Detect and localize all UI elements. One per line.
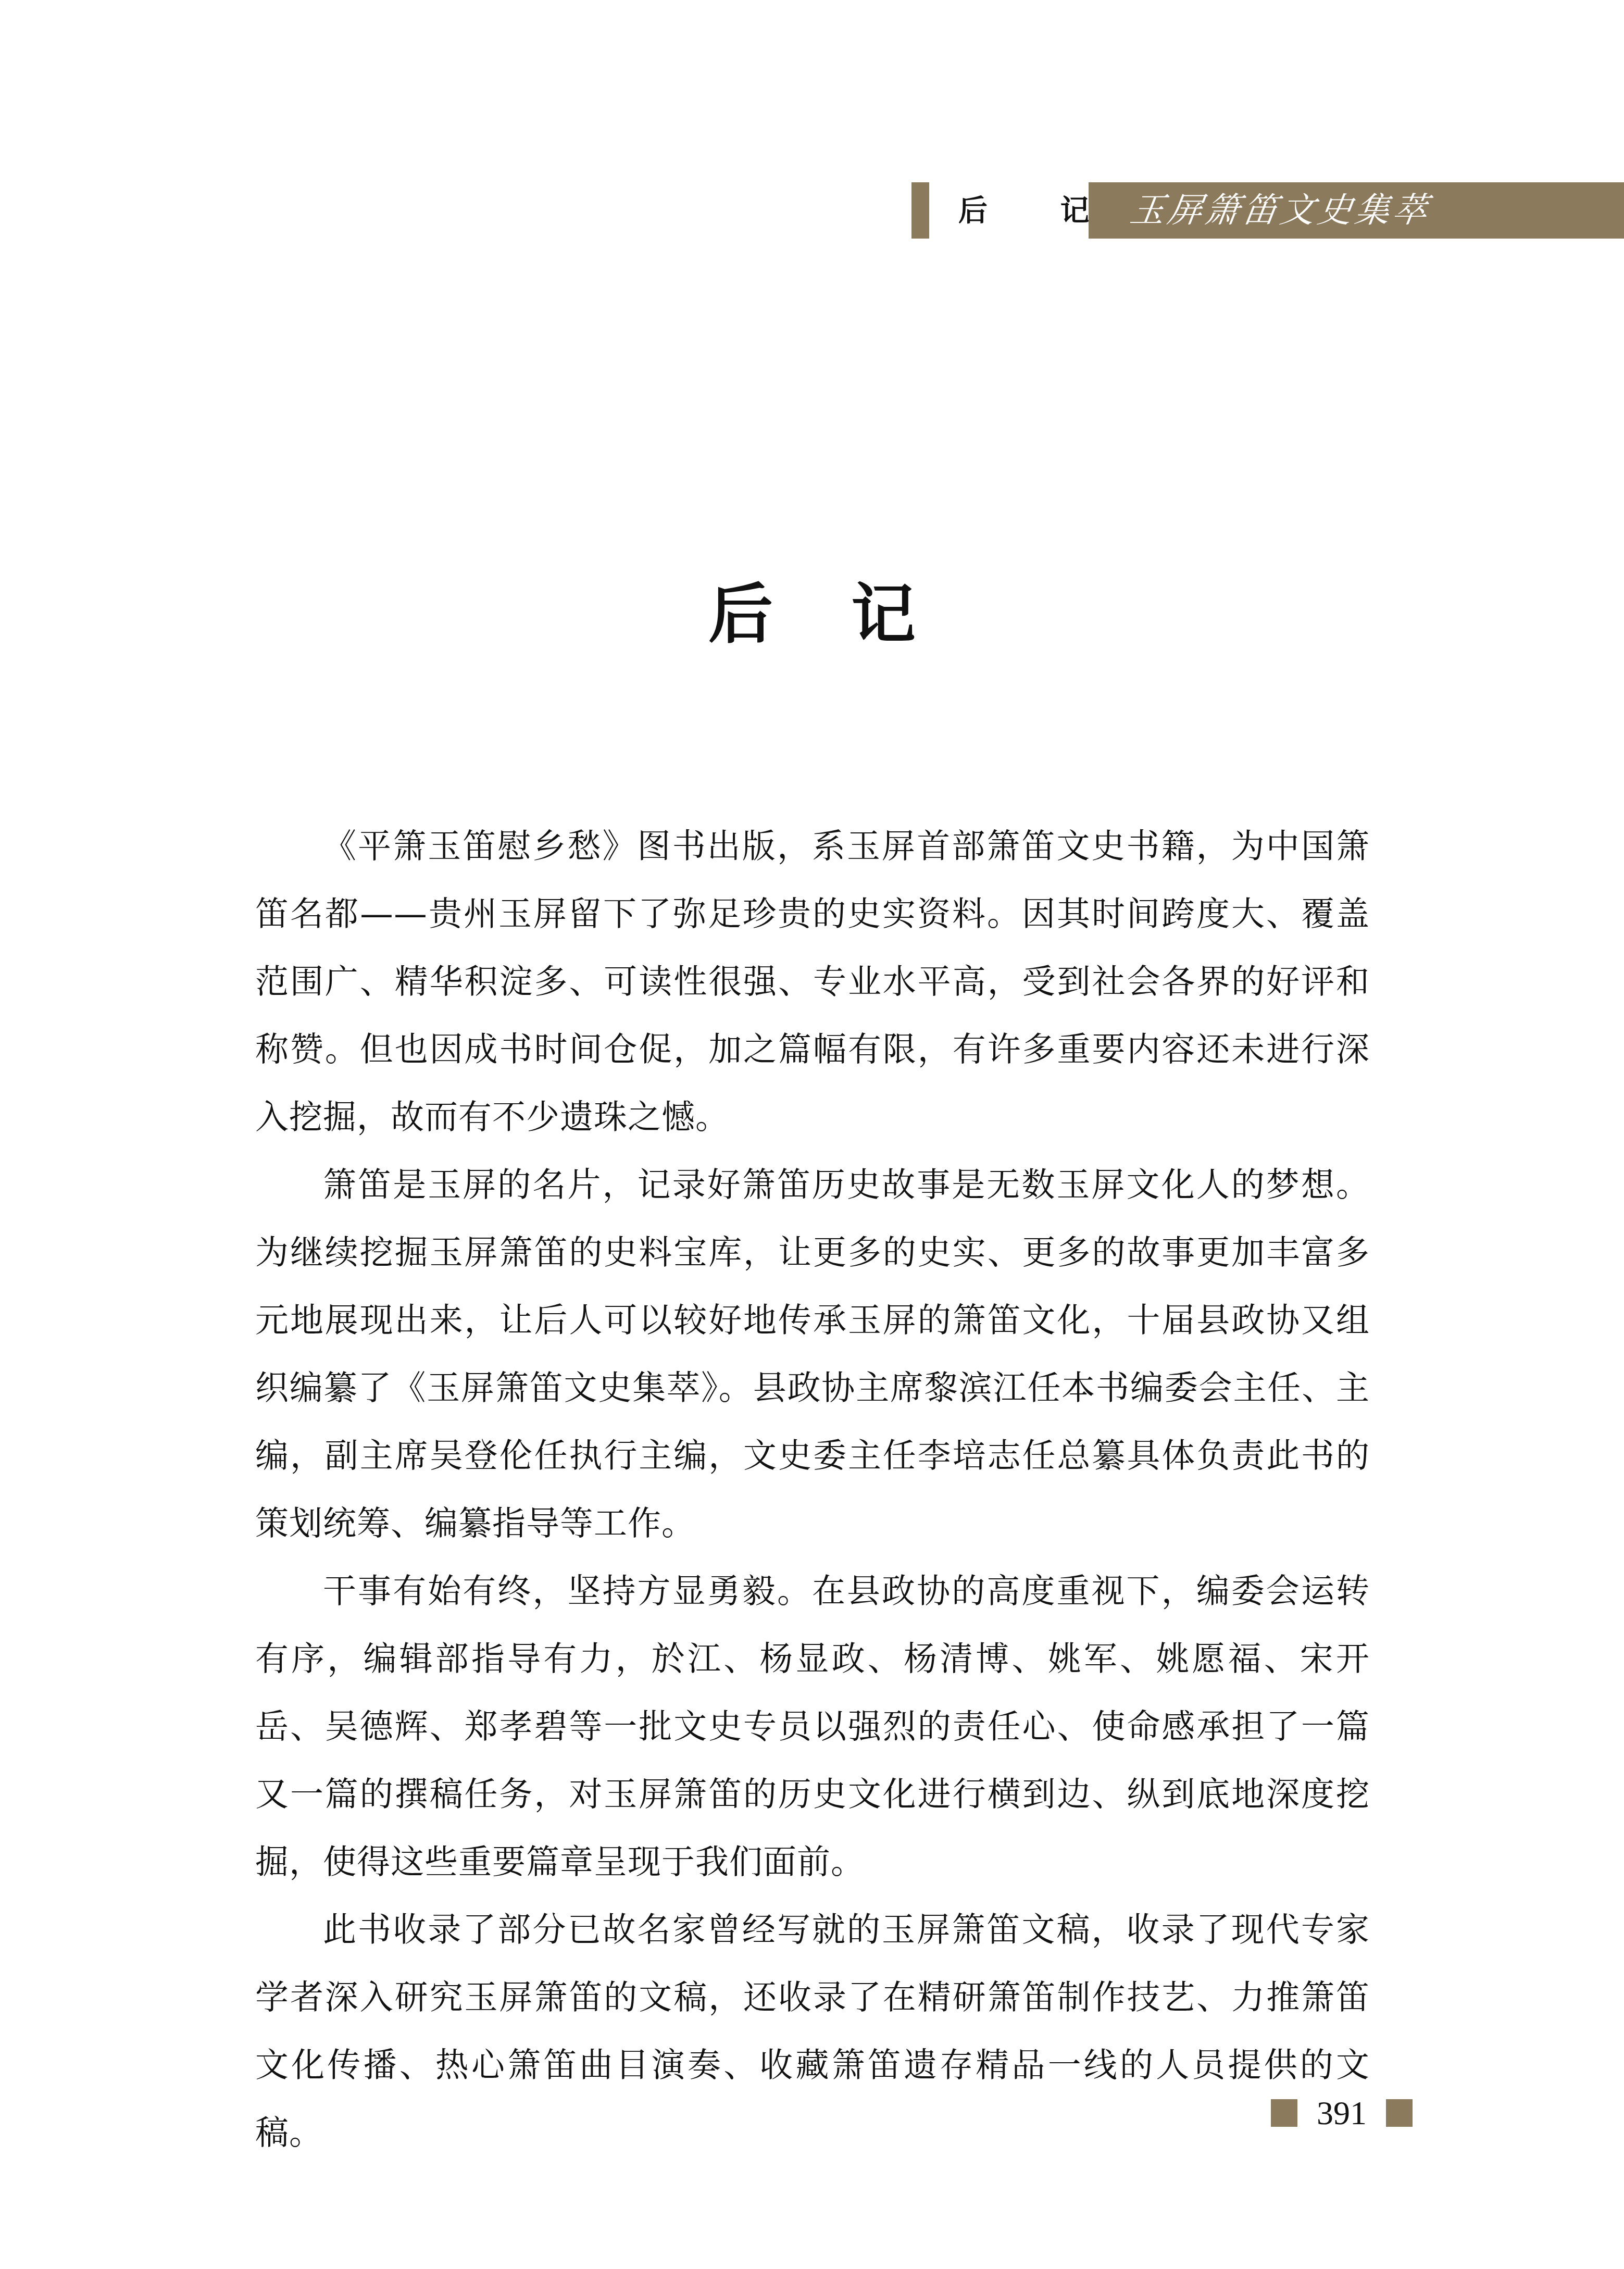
paragraph: 此书收录了部分已故名家曾经写就的玉屏箫笛文稿，收录了现代专家学者深入研究玉屏箫笛… (255, 1896, 1370, 2167)
page-title: 后记 (0, 563, 1624, 655)
running-header-book-title: 玉屏箫笛文史集萃 (1127, 188, 1433, 233)
page-number: 391 (1297, 2095, 1386, 2131)
paragraph: 干事有始有终，坚持方显勇毅。在县政协的高度重视下，编委会运转有序，编辑部指导有力… (255, 1557, 1370, 1896)
page-number-right-square (1386, 2099, 1413, 2127)
page-number-left-square (1271, 2099, 1297, 2127)
body-text: 《平箫玉笛慰乡愁》图书出版，系玉屏首部箫笛文史书籍，为中国箫笛名都——贵州玉屏留… (255, 813, 1370, 2167)
running-header-book-banner: 玉屏箫笛文史集萃 (1089, 182, 1624, 239)
paragraph: 《平箫玉笛慰乡愁》图书出版，系玉屏首部箫笛文史书籍，为中国箫笛名都——贵州玉屏留… (255, 813, 1370, 1151)
paragraph: 箫笛是玉屏的名片，记录好箫笛历史故事是无数玉屏文化人的梦想。为继续挖掘玉屏箫笛的… (255, 1151, 1370, 1557)
header-accent-bar (911, 182, 929, 239)
